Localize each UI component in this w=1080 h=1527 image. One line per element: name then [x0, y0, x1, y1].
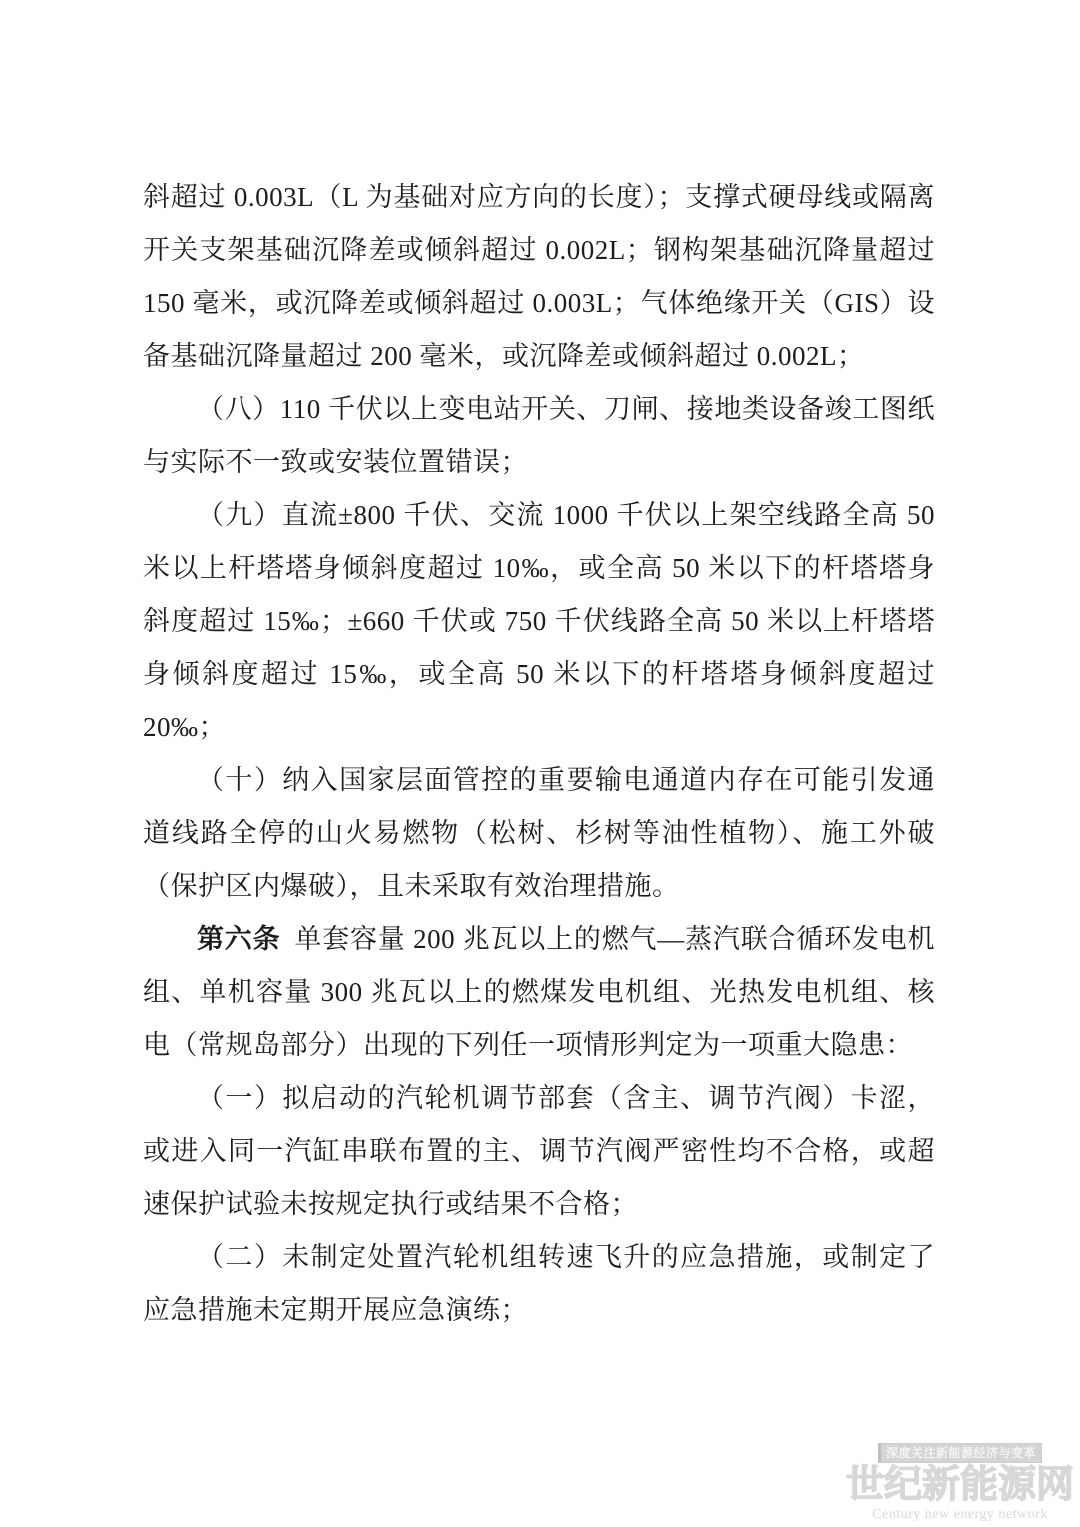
paragraph-continuation: 斜超过 0.003L（L 为基础对应方向的长度）；支撑式硬母线或隔离 开关支架基…	[143, 171, 935, 383]
text-line: 斜度超过 15‰；±660 千伏或 750 千伏线路全高 50 米以上杆塔塔	[143, 595, 935, 648]
text-line: 20‰；	[143, 701, 935, 754]
text-line: 150 毫米，或沉降差或倾斜超过 0.003L；气体绝缘开关（GIS）设	[143, 277, 935, 330]
watermark-tagline: 深度关注新能源经济与变革	[878, 1443, 1042, 1463]
text-line: 身倾斜度超过 15‰，或全高 50 米以下的杆塔塔身倾斜度超过	[143, 648, 935, 701]
text-line: （一）拟启动的汽轮机调节部套（含主、调节汽阀）卡涩，	[143, 1072, 935, 1125]
article-number: 第六条	[197, 924, 280, 954]
text-line: 道线路全停的山火易燃物（松树、杉树等油性植物）、施工外破	[143, 807, 935, 860]
watermark-subtitle: Century new energy network	[842, 1506, 1078, 1523]
paragraph-item-8: （八）110 千伏以上变电站开关、刀闸、接地类设备竣工图纸 与实际不一致或安装位…	[143, 383, 935, 489]
paragraph-item-2: （二）未制定处置汽轮机组转速飞升的应急措施，或制定了 应急措施未定期开展应急演练…	[143, 1231, 935, 1337]
paragraph-item-1: （一）拟启动的汽轮机调节部套（含主、调节汽阀）卡涩， 或进入同一汽缸串联布置的主…	[143, 1072, 935, 1231]
text-line: （十）纳入国家层面管控的重要输电通道内存在可能引发通	[143, 754, 935, 807]
text-line: 米以上杆塔塔身倾斜度超过 10‰，或全高 50 米以下的杆塔塔身倾	[143, 542, 935, 595]
text-line: 速保护试验未按规定执行或结果不合格；	[143, 1178, 935, 1231]
text-line: （二）未制定处置汽轮机组转速飞升的应急措施，或制定了	[143, 1231, 935, 1284]
watermark: 深度关注新能源经济与变革 世纪新能源网 Century new energy n…	[842, 1443, 1078, 1523]
text-line: 与实际不一致或安装位置错误；	[143, 436, 935, 489]
text-line: 应急措施未定期开展应急演练；	[143, 1284, 935, 1337]
text-line: （九）直流±800 千伏、交流 1000 千伏以上架空线路全高 50	[143, 489, 935, 542]
document-page: 斜超过 0.003L（L 为基础对应方向的长度）；支撑式硬母线或隔离 开关支架基…	[0, 0, 1080, 1527]
text-line: 开关支架基础沉降差或倾斜超过 0.002L；钢构架基础沉降量超过	[143, 224, 935, 277]
text-line: 第六条单套容量 200 兆瓦以上的燃气—蒸汽联合循环发电机	[143, 913, 935, 966]
document-text: 斜超过 0.003L（L 为基础对应方向的长度）；支撑式硬母线或隔离 开关支架基…	[143, 171, 935, 1337]
watermark-title: 世纪新能源网	[842, 1464, 1078, 1506]
text-line: 备基础沉降量超过 200 毫米，或沉降差或倾斜超过 0.002L；	[143, 330, 935, 383]
text-line: 或进入同一汽缸串联布置的主、调节汽阀严密性均不合格，或超	[143, 1125, 935, 1178]
paragraph-item-9: （九）直流±800 千伏、交流 1000 千伏以上架空线路全高 50 米以上杆塔…	[143, 489, 935, 754]
text-line: （八）110 千伏以上变电站开关、刀闸、接地类设备竣工图纸	[143, 383, 935, 436]
text-line: 电（常规岛部分）出现的下列任一项情形判定为一项重大隐患：	[143, 1019, 935, 1072]
paragraph-item-10: （十）纳入国家层面管控的重要输电通道内存在可能引发通 道线路全停的山火易燃物（松…	[143, 754, 935, 913]
text-line: （保护区内爆破），且未采取有效治理措施。	[143, 860, 935, 913]
text-line: 斜超过 0.003L（L 为基础对应方向的长度）；支撑式硬母线或隔离	[143, 171, 935, 224]
article-text: 单套容量 200 兆瓦以上的燃气—蒸汽联合循环发电机	[294, 924, 935, 954]
text-line: 组、单机容量 300 兆瓦以上的燃煤发电机组、光热发电机组、核	[143, 966, 935, 1019]
paragraph-article-6: 第六条单套容量 200 兆瓦以上的燃气—蒸汽联合循环发电机 组、单机容量 300…	[143, 913, 935, 1072]
